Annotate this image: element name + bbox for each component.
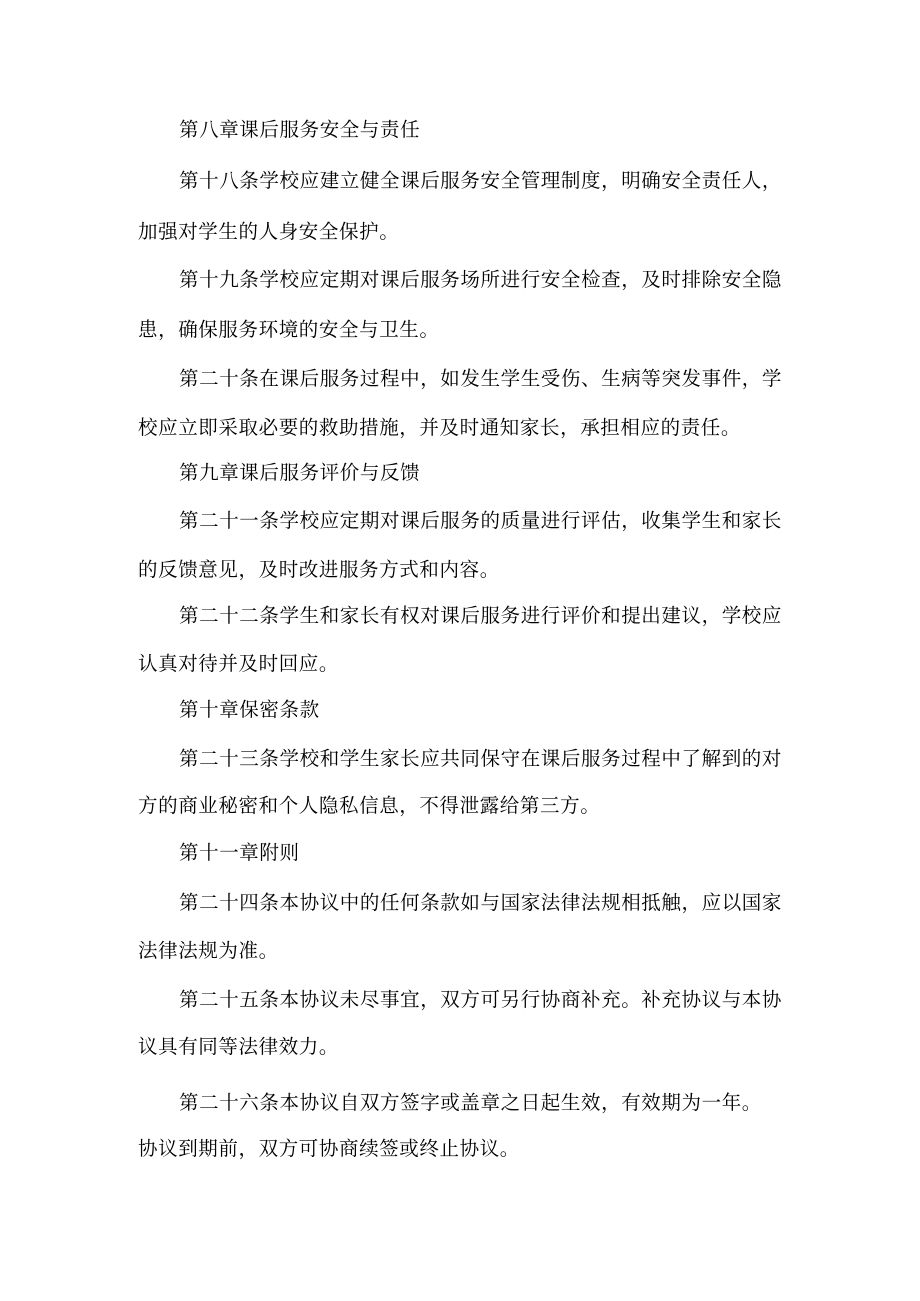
article-20-line-1: 第二十条在课后服务过程中，如发生学生受伤、生病等突发事件，学 (179, 367, 782, 391)
article-19-line-2: 患，确保服务环境的安全与卫生。 (138, 318, 440, 342)
article-21-line-1: 第二十一条学校应定期对课后服务的质量进行评估，收集学生和家长 (179, 509, 782, 533)
article-24-line-1: 第二十四条本协议中的任何条款如与国家法律法规相抵触，应以国家 (179, 891, 782, 915)
chapter-8-heading: 第八章课后服务安全与责任 (179, 118, 420, 142)
article-18-line-2: 加强对学生的人身安全保护。 (138, 220, 399, 244)
article-22-line-2: 认真对待并及时回应。 (138, 652, 339, 676)
article-21-line-2: 的反馈意见，及时改进服务方式和内容。 (138, 558, 500, 582)
article-25-line-2: 议具有同等法律效力。 (138, 1035, 339, 1059)
document-page: 第八章课后服务安全与责任 第十八条学校应建立健全课后服务安全管理制度，明确安全责… (0, 0, 920, 1301)
article-23-line-1: 第二十三条学校和学生家长应共同保守在课后服务过程中了解到的对 (179, 747, 782, 771)
chapter-11-heading: 第十一章附则 (179, 841, 300, 865)
article-26-line-2: 协议到期前，双方可协商续签或终止协议。 (138, 1137, 520, 1161)
article-22-line-1: 第二十二条学生和家长有权对课后服务进行评价和提出建议，学校应 (179, 604, 782, 628)
article-25-line-1: 第二十五条本协议未尽事宜，双方可另行协商补充。补充协议与本协 (179, 988, 782, 1012)
article-26-line-1: 第二十六条本协议自双方签字或盖章之日起生效，有效期为一年。 (179, 1091, 762, 1115)
article-18-line-1: 第十八条学校应建立健全课后服务安全管理制度，明确安全责任人， (179, 169, 782, 193)
chapter-9-heading: 第九章课后服务评价与反馈 (179, 461, 420, 485)
article-19-line-1: 第十九条学校应定期对课后服务场所进行安全检查，及时排除安全隐 (179, 268, 782, 292)
chapter-10-heading: 第十章保密条款 (179, 698, 320, 722)
article-20-line-2: 校应立即采取必要的救助措施，并及时通知家长，承担相应的责任。 (138, 416, 741, 440)
article-24-line-2: 法律法规为准。 (138, 939, 279, 963)
article-23-line-2: 方的商业秘密和个人隐私信息，不得泄露给第三方。 (138, 794, 600, 818)
